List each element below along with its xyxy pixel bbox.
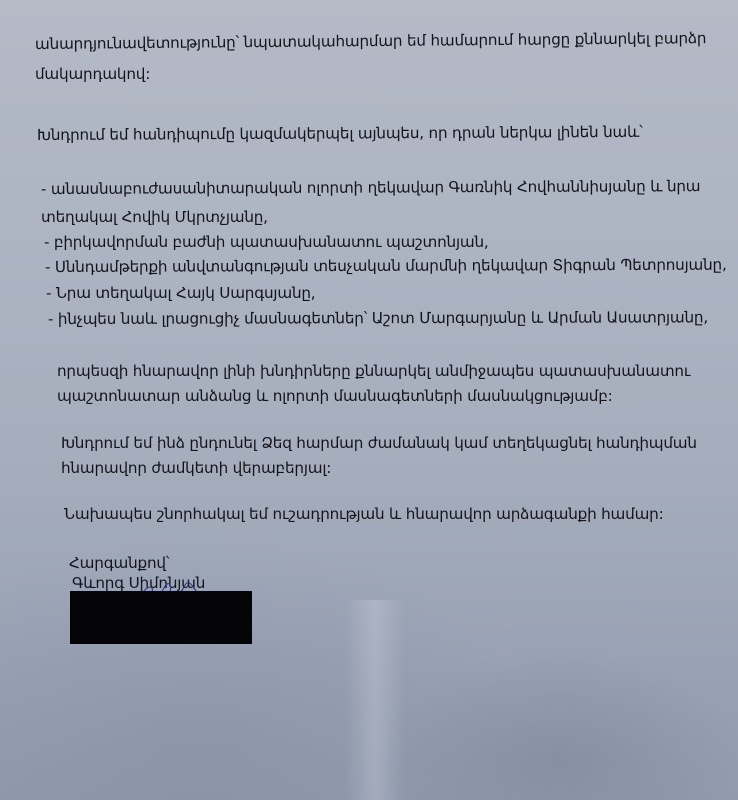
light-streak: [345, 600, 405, 800]
thanks-line: Նախապես շնորհակալ եմ ուշադրության և հնար…: [64, 505, 664, 523]
purpose-line-1: որպեսզի հնարավոր լինի խնդիրները քննարկել…: [57, 362, 690, 380]
attendee-line-1: - անասնաբուժասանիտարական ոլորտի ղեկավար …: [41, 177, 700, 198]
attendee-line-3: - բիրկավորման բաժնի պատասխանատու պաշտոնյ…: [44, 233, 489, 251]
closing-salutation: Հարգանքով՝: [69, 554, 169, 572]
intro-line-2: մակարդակով:: [35, 65, 150, 83]
intro-line-1: անարդյունավետությունը՝ նպատակահարմար եմ …: [35, 29, 706, 53]
purpose-line-2: պաշտոնատար անձանց և ոլորտի մասնագետների …: [57, 387, 613, 405]
request-line: Խնդրում եմ հանդիպումը կազմակերպել այնպես…: [37, 123, 643, 144]
attendee-line-5: - Նրա տեղակալ Հայկ Սարգսյանը,: [46, 284, 315, 302]
attendee-line-2: տեղակալ Հովիկ Մկրտչյանը,: [41, 208, 268, 226]
letter-page: անարդյունավետությունը՝ նպատակահարմար եմ …: [0, 0, 738, 800]
redaction-block: [70, 591, 252, 644]
attendee-line-6: - ինչպես նաև լրացուցիչ մասնագետներ՝ Աշոտ…: [48, 308, 708, 328]
schedule-line-1: Խնդրում եմ ինձ ընդունել Ձեզ հարմար ժաման…: [61, 434, 697, 452]
schedule-line-2: հնարավոր ժամկետի վերաբերյալ:: [61, 459, 331, 477]
attendee-line-4: - Սննդամթերքի անվտանգության տեսչական մար…: [45, 256, 727, 276]
